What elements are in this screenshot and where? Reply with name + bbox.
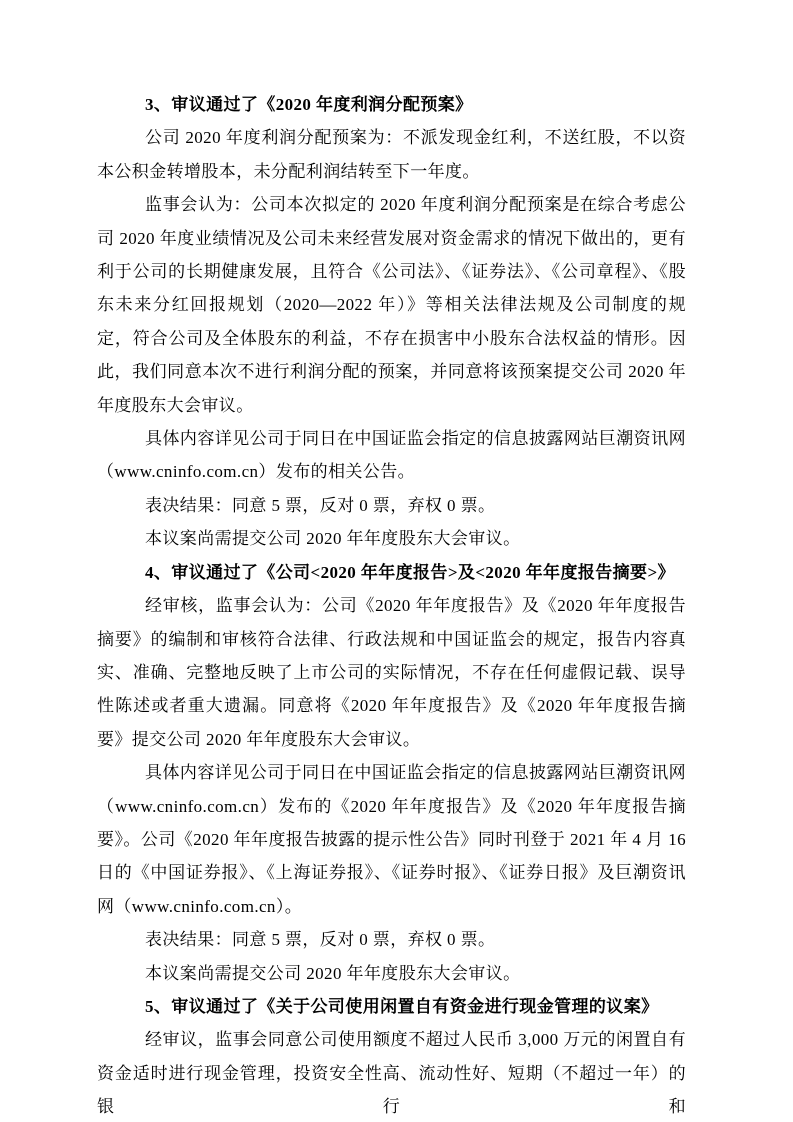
section-annual-report: 4、审议通过了《公司<2020 年年度报告>及<2020 年年度报告摘要>》 经… — [97, 556, 686, 990]
section-heading-3: 3、审议通过了《2020 年度利润分配预案》 — [97, 88, 686, 121]
vote-result: 表决结果：同意 5 票，反对 0 票，弃权 0 票。 — [97, 489, 686, 522]
paragraph: 监事会认为：公司本次拟定的 2020 年度利润分配预案是在综合考虑公司 2020… — [97, 188, 686, 422]
paragraph: 本议案尚需提交公司 2020 年年度股东大会审议。 — [97, 522, 686, 555]
vote-result: 表决结果：同意 5 票，反对 0 票，弃权 0 票。 — [97, 923, 686, 956]
paragraph: 具体内容详见公司于同日在中国证监会指定的信息披露网站巨潮资讯网（www.cnin… — [97, 422, 686, 489]
paragraph: 经审核，监事会认为：公司《2020 年年度报告》及《2020 年年度报告摘要》的… — [97, 589, 686, 756]
paragraph: 公司 2020 年度利润分配预案为：不派发现金红利，不送红股，不以资本公积金转增… — [97, 121, 686, 188]
section-cash-management: 5、审议通过了《关于公司使用闲置自有资金进行现金管理的议案》 经审议，监事会同意… — [97, 990, 686, 1122]
paragraph: 本议案尚需提交公司 2020 年年度股东大会审议。 — [97, 957, 686, 990]
section-heading-5: 5、审议通过了《关于公司使用闲置自有资金进行现金管理的议案》 — [97, 990, 686, 1023]
section-heading-4: 4、审议通过了《公司<2020 年年度报告>及<2020 年年度报告摘要>》 — [97, 556, 686, 589]
paragraph: 经审议，监事会同意公司使用额度不超过人民币 3,000 万元的闲置自有资金适时进… — [97, 1023, 686, 1122]
paragraph: 具体内容详见公司于同日在中国证监会指定的信息披露网站巨潮资讯网（www.cnin… — [97, 756, 686, 923]
section-profit-distribution: 3、审议通过了《2020 年度利润分配预案》 公司 2020 年度利润分配预案为… — [97, 88, 686, 556]
document-page: 3、审议通过了《2020 年度利润分配预案》 公司 2020 年度利润分配预案为… — [0, 0, 793, 1122]
